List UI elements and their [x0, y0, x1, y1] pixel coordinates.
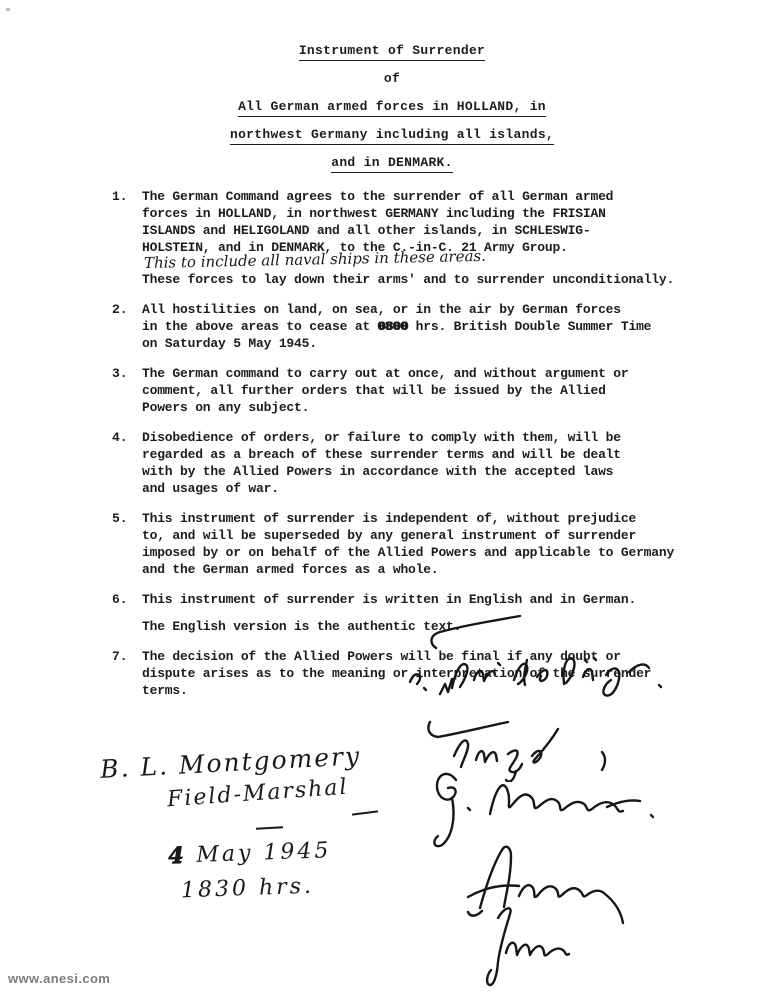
signature-date: 4 May 1945: [168, 837, 332, 869]
title-line-1: Instrument of Surrender: [299, 43, 485, 61]
overtyped-time: 0800: [378, 319, 408, 334]
document-title: Instrument of Surrender: [112, 42, 672, 59]
clause-2-line: on Saturday 5 May 1945.: [142, 335, 712, 352]
signature-friedel: [458, 900, 608, 990]
handwritten-dash: [352, 810, 378, 815]
clause-5-line: This instrument of surrender is independ…: [142, 510, 712, 527]
clause-number: 3.: [112, 365, 142, 416]
clause-4: 4. Disobedience of orders, or failure to…: [112, 429, 712, 497]
clause-1-line: These forces to lay down their arms' and…: [142, 271, 712, 288]
handwritten-dash: [256, 826, 283, 829]
clause-4-line: Disobedience of orders, or failure to co…: [142, 429, 712, 446]
clause-1-line: ISLANDS and HELIGOLAND and all other isl…: [142, 222, 712, 239]
clause-number: 6.: [112, 591, 142, 635]
title-subject-2: northwest Germany including all islands,: [112, 126, 672, 143]
clause-number: 7.: [112, 648, 142, 699]
clause-number: 4.: [112, 429, 142, 497]
clause-3-line: Powers on any subject.: [142, 399, 712, 416]
title-subject-1: All German armed forces in HOLLAND, in: [112, 98, 672, 115]
signature-friedeburg: [396, 610, 676, 710]
clause-1-line: forces in HOLLAND, in northwest GERMANY …: [142, 205, 712, 222]
title-line-4: northwest Germany including all islands,: [230, 127, 554, 145]
clause-6-line: This instrument of surrender is written …: [142, 591, 712, 608]
clause-1-line: The German Command agrees to the surrend…: [142, 188, 712, 205]
title-line-5: and in DENMARK.: [331, 155, 453, 173]
clause-5-line: and the German armed forces as a whole.: [142, 561, 712, 578]
title-line-3: All German armed forces in HOLLAND, in: [238, 99, 546, 117]
clause-5: 5. This instrument of surrender is indep…: [112, 510, 712, 578]
title-of: of: [112, 70, 672, 87]
clause-5-line: to, and will be superseded by any genera…: [142, 527, 712, 544]
clause-4-line: regarded as a breach of these surrender …: [142, 446, 712, 463]
clause-3: 3. The German command to carry out at on…: [112, 365, 712, 416]
clause-3-line: comment, all further orders that will be…: [142, 382, 712, 399]
clause-4-line: with by the Allied Powers in accordance …: [142, 463, 712, 480]
scanned-surrender-document: Instrument of Surrender of All German ar…: [0, 0, 784, 1004]
clause-1: 1. The German Command agrees to the surr…: [112, 188, 712, 288]
title-line-2: of: [384, 71, 400, 86]
watermark-url: www.anesi.com: [8, 971, 110, 987]
clause-3-line: The German command to carry out at once,…: [142, 365, 712, 382]
typed-content: Instrument of Surrender of All German ar…: [0, 0, 784, 712]
montgomery-rank: Field-Marshal: [166, 775, 349, 813]
title-block: Instrument of Surrender of All German ar…: [112, 42, 672, 171]
title-subject-3: and in DENMARK.: [112, 154, 672, 171]
signature-time: 1830 hrs.: [181, 874, 315, 904]
clause-2-line: in the above areas to cease at 0800 hrs.…: [142, 318, 712, 335]
clause-2: 2. All hostilities on land, on sea, or i…: [112, 301, 712, 352]
clause-5-line: imposed by or on behalf of the Allied Po…: [142, 544, 712, 561]
clause-number: 2.: [112, 301, 142, 352]
clause-number: 5.: [112, 510, 142, 578]
overwritten-day: 4: [168, 842, 187, 869]
clause-number: 1.: [112, 188, 142, 288]
clause-4-line: and usages of war.: [142, 480, 712, 497]
clause-2-line: All hostilities on land, on sea, or in t…: [142, 301, 712, 318]
